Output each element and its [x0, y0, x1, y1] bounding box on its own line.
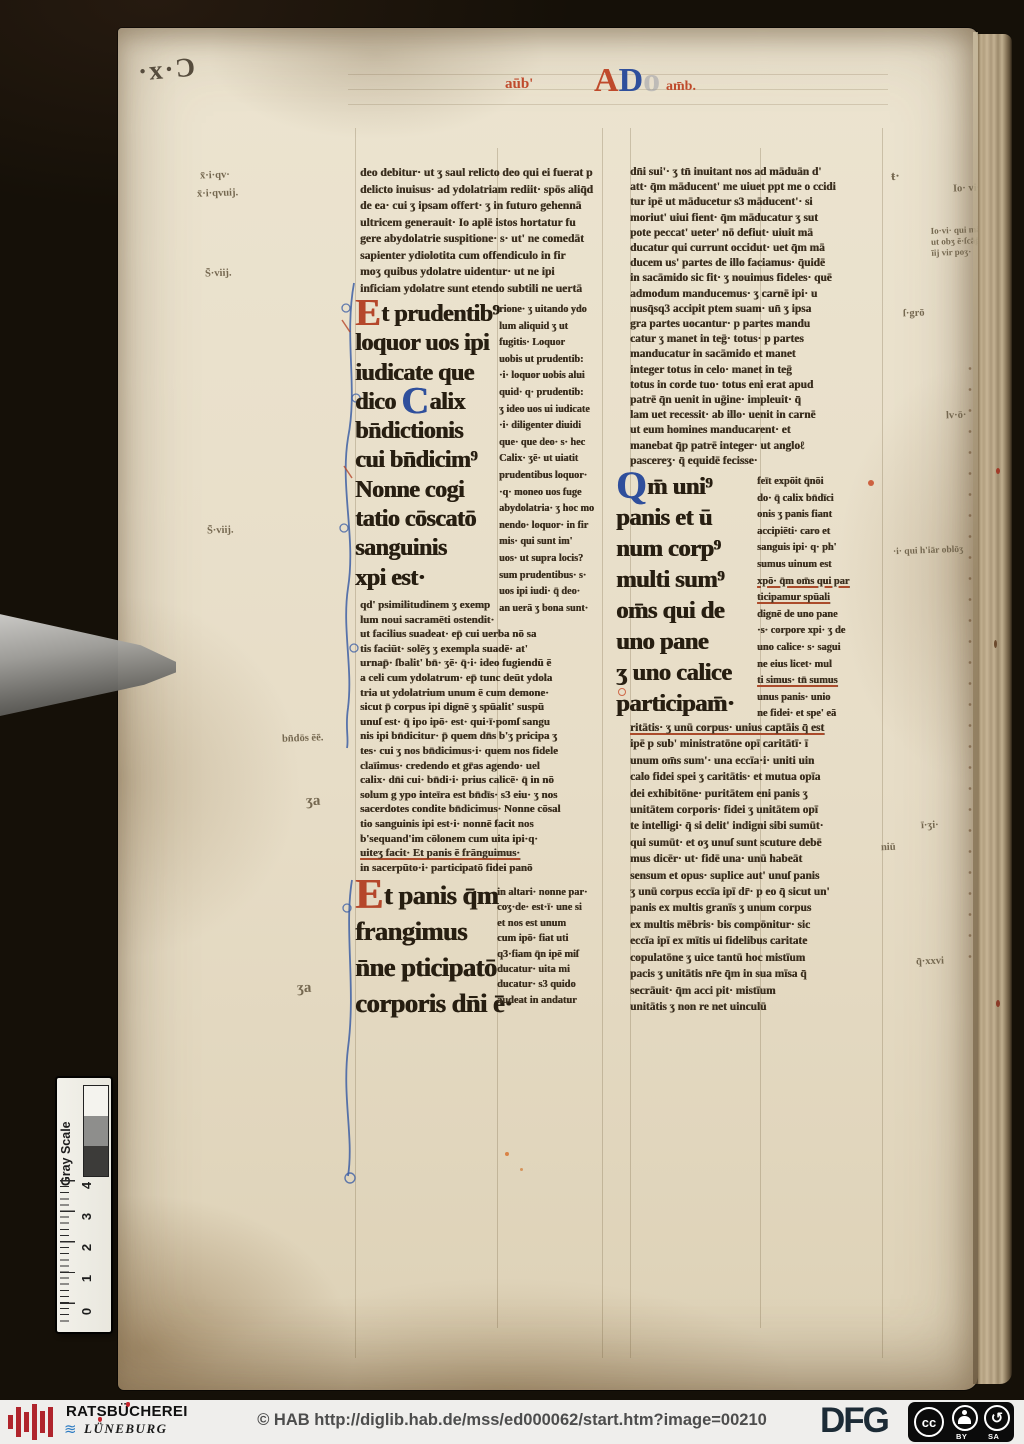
- text-line: sum prudentibus· s·: [499, 568, 594, 585]
- text-line: ticipamur spūali: [757, 590, 849, 607]
- ruler-number: 3: [79, 1213, 94, 1220]
- text-line: gra partes uocantur· p partes mandu: [630, 317, 836, 332]
- text-line: ex multis mēbris· bis compōnitur· sic: [630, 917, 830, 933]
- left-column-gloss-1: rione· ʒ uitando ydolum aliquid ʒ utfugi…: [499, 302, 594, 617]
- text-line: ducatur qui currunt occidut· uet q̄m mā: [630, 241, 836, 256]
- text-line: pacis ʒ unitātis nr̄e q̄m in sua mīsa q̄: [630, 966, 830, 982]
- umlaut-dot: [126, 1402, 130, 1407]
- text-line: copulatōne ʒ uice tantū hoc mistīum: [630, 950, 830, 966]
- text-line: loquor uos ipi: [355, 329, 499, 358]
- text-line: onis ʒ panis fiant: [757, 507, 849, 524]
- text-line: patrē q̄n uenit in uḡine· impleuit· q̄: [630, 393, 836, 408]
- text-line: tes· cui ʒ nos bn̄dicimus·i· quem nos fi…: [360, 744, 560, 759]
- text-line: ·i· diligenter diuidi: [499, 418, 594, 435]
- text-line: Nonne cogi: [355, 476, 499, 505]
- margin-note: x̄·i·qv·: [200, 169, 230, 181]
- text-line: sumus uinum est: [757, 557, 849, 574]
- rubric-dot: [618, 688, 626, 696]
- margin-note: ʒa: [306, 793, 321, 810]
- text-line: abydolatria· ʒ hoc mo: [499, 501, 594, 518]
- text-line: admodum manducemus· ʒ carnē ipi· u: [630, 287, 836, 302]
- text-line: gere abydolatrie suspitione· s· ut' ne c…: [360, 231, 593, 248]
- text-line: in altari· nonne par·: [497, 885, 587, 900]
- text-line: Et prudentib⁹: [355, 300, 499, 329]
- text-line: accipiēti· caro et: [757, 524, 849, 541]
- text-line: secrāuit· q̄m acci pit· mistīum: [630, 983, 830, 999]
- text-line: moʒ quibus ydolatre uidentur· ut ne ipi: [360, 264, 593, 281]
- book-fore-edge: [978, 34, 1012, 1384]
- text-line: Et panis q̄m: [355, 877, 512, 913]
- monogram-letter-a: A: [594, 62, 619, 99]
- text-line: dn̄i sui'· ʒ tn̄ inuitant nos ad māduān …: [630, 165, 836, 180]
- gray-patch-mid: [84, 1116, 108, 1146]
- margin-note: ŧ·: [891, 168, 900, 184]
- right-column-gloss: feīt expōit q̄nōido· q̄ calix bn̄dīcioni…: [757, 474, 849, 723]
- margin-note: S̄·viij.: [207, 525, 234, 537]
- text-line: ritātis· ʒ unū corpus· unius captāis q̄ …: [630, 720, 830, 736]
- text-line: ultricem generauit· Io aplē istos hortat…: [360, 215, 593, 232]
- next-page-mark: [996, 468, 1000, 474]
- text-line: unitātem corporis· fidei ʒ unitātem opī: [630, 802, 830, 818]
- text-line: n̄ne pticipatō: [355, 949, 512, 985]
- right-column-bottom-text: ritātis· ʒ unū corpus· unius captāis q̄ …: [630, 720, 830, 1015]
- text-line: quid· q· prudentib:: [499, 385, 594, 402]
- text-line: et nos est unum: [497, 916, 587, 931]
- text-line: cum ipō· fiat uti: [497, 931, 587, 946]
- text-line: bn̄dictionis: [355, 417, 499, 446]
- text-line: dico Calix: [355, 388, 499, 417]
- cc-sa-icon: ↺: [984, 1405, 1010, 1431]
- text-line: prudentibus loquor·: [499, 468, 594, 485]
- text-line: te intelligi· q̄ si delit' indigni sibi …: [630, 818, 830, 834]
- text-line: uobis ut prudentib:: [499, 352, 594, 369]
- text-line: uno calice· s· sagui: [757, 640, 849, 657]
- manuscript-page: ·x·Ɔ aūb' ADo am̄b. deo debitur· ut ʒ sa…: [118, 28, 978, 1390]
- text-line: cui bn̄dicim⁹: [355, 446, 499, 475]
- text-line: panis et ū: [616, 502, 734, 533]
- text-line: om̄s qui de: [616, 595, 734, 626]
- text-line: lum aliquid ʒ ut: [499, 319, 594, 336]
- text-line: catur ʒ manet in teḡ· totus· p partes: [630, 332, 836, 347]
- text-line: sapienter ydiolotita cum offendiculo in …: [360, 248, 593, 265]
- ruling-line: [882, 128, 883, 1358]
- text-line: qd' psimilitudinem ʒ exemp: [360, 598, 560, 613]
- text-line: calo fidei spei ʒ caritātis· et mutua op…: [630, 769, 830, 785]
- text-line: sanguinis: [355, 534, 499, 563]
- right-column-display-script: Qm̄ uni⁹panis et ūnum corp⁹multi sum⁹om̄…: [616, 471, 734, 719]
- credit-link[interactable]: © HAB http://diglib.hab.de/mss/ed000062/…: [257, 1411, 767, 1430]
- margin-note: ·i· qui h'iār oblōʒ: [893, 545, 964, 557]
- text-line: pote peccat' ueter' nō defiut· uiuit mā: [630, 226, 836, 241]
- cc-by-label: BY: [956, 1432, 967, 1441]
- ratsbuecherei-logo[interactable]: [8, 1403, 62, 1441]
- right-column-top-text: dn̄i sui'· ʒ tn̄ inuitant nos ad māduān …: [630, 165, 836, 469]
- text-line: claīimus· credendo et gr̄as agendo· uel: [360, 759, 560, 774]
- text-line: participam̄·: [616, 688, 734, 719]
- rubric-dot: [868, 480, 874, 486]
- illuminated-initial: E: [355, 871, 383, 918]
- text-line: mis· qui sunt im': [499, 534, 594, 551]
- gray-patch-white: [84, 1086, 108, 1116]
- text-line: sicut p̄ corpus ipi dignē ʒ spūalit' sus…: [360, 700, 560, 715]
- margin-note: ſ·grō: [903, 308, 925, 320]
- text-line: nis ipi bn̄dicitur· p̄ quem dn̄s b'ʒ pri…: [360, 729, 560, 744]
- text-line: uos· ut supra locis?: [499, 551, 594, 568]
- cc-by-icon: [952, 1405, 978, 1431]
- next-page-mark: [996, 1000, 1000, 1007]
- wave-icon: ≋: [64, 1420, 77, 1438]
- text-line: sacerdotes condite bn̄dicimus· Nonne cōs…: [360, 802, 560, 817]
- grayscale-ruler: Gray Scale 4 3 2 1 0: [57, 1078, 111, 1332]
- prick-holes: [968, 358, 972, 958]
- folio-corner-mark: ·x·Ɔ: [137, 51, 198, 87]
- text-line: panis ex multis granīs ʒ unum corpus: [630, 900, 830, 916]
- text-line: sensum et opus· suplice aut' unuſ panis: [630, 868, 830, 884]
- text-line: moriut' uiui fient· q̄m māducatur ʒ sut: [630, 211, 836, 226]
- margin-note: S̄·viij.: [205, 268, 232, 280]
- margin-note: q̄·xxvi: [916, 956, 944, 968]
- text-line: ʒ unū corpus eccīa ipī dr̄· p eo q̄ sicu…: [630, 884, 830, 900]
- text-line: solum g ypo inteīra est bn̄dīs· s3 eiu· …: [360, 788, 560, 803]
- text-line: q3·fiam q̄n ipē miſ: [497, 947, 587, 962]
- text-line: ut eum homines manducarent· et: [630, 423, 836, 438]
- text-line: dignē de uno pane: [757, 607, 849, 624]
- ruler-number: 1: [79, 1275, 94, 1282]
- text-line: att· q̄m māducent' me uiuet ppt me o cci…: [630, 180, 836, 195]
- text-line: unitātis ʒ non re net uinculū: [630, 999, 830, 1015]
- text-line: ti simus· tn̄ sumus: [757, 673, 849, 690]
- text-line: qui sumūt· et oʒ unuſ sunt scuture debē: [630, 835, 830, 851]
- text-line: num corp⁹: [616, 533, 734, 564]
- text-line: uno pane: [616, 626, 734, 657]
- text-line: tio sanguinis ipi est·i· nonnē facit nos: [360, 817, 560, 832]
- text-line: dei exhibitōne· puritātem eni panis ʒ: [630, 786, 830, 802]
- text-line: audeat in andatur: [497, 993, 587, 1008]
- text-line: rione· ʒ uitando ydo: [499, 302, 594, 319]
- cc-sa-label: SA: [988, 1432, 999, 1441]
- person-icon-body: [958, 1416, 971, 1424]
- text-line: b'sequand'im cōlonem cum uita ipi·q·: [360, 832, 560, 847]
- library-city: LÜNEBURG: [84, 1421, 168, 1437]
- running-header-monogram: ADo: [594, 62, 660, 100]
- text-line: coʒ·de· est·ī· une si: [497, 900, 587, 915]
- text-line: ne eius licet· mul: [757, 657, 849, 674]
- text-line: ipē p sub' ministratōne opī caritātī· ī: [630, 736, 830, 752]
- text-line: tis faciūt· solēʒ ʒ exempla suadē· at': [360, 642, 560, 657]
- text-line: nendo· loquor· in fir: [499, 518, 594, 535]
- ink-speck: [505, 1152, 509, 1156]
- illuminated-initial: C: [401, 380, 428, 422]
- cc-icon: cc: [914, 1407, 944, 1437]
- text-line: de ea· cui ʒ ipsam offert· ʒ in futuro g…: [360, 198, 593, 215]
- margin-note: niū: [881, 842, 896, 854]
- ruler-number: 4: [79, 1182, 94, 1189]
- text-line: unuſ est· q̄ ipo ipō· est· qui·ī·pomſ sa…: [360, 715, 560, 730]
- margin-note: ī·ʒi·: [921, 820, 939, 832]
- text-line: xpi est·: [355, 564, 499, 593]
- running-header-left: aūb': [505, 76, 533, 93]
- text-line: urnap̄· ſbalit' bn̄· ʒē· q̄·i· ideo fugi…: [360, 656, 560, 671]
- text-line: integer totus in celo· manet in teḡ: [630, 363, 836, 378]
- text-line: a celi cum ydolatrum· ep̄ tunc deūt ydol…: [360, 671, 560, 686]
- text-line: calix· dn̄i cui· bn̄di·i· prius calicē· …: [360, 773, 560, 788]
- next-page-mark: [994, 640, 997, 648]
- ruler-number: 2: [79, 1244, 94, 1251]
- ink-speck: [520, 1168, 523, 1171]
- grayscale-patches: [83, 1085, 109, 1177]
- text-line: ducatur· uita mi: [497, 962, 587, 977]
- monogram-ghost: o: [643, 62, 660, 99]
- text-line: in sacerpūto·i· participatō fidei panō: [360, 861, 560, 876]
- text-line: manebat q̄p patrē integer· ut angloℓ: [630, 439, 836, 454]
- left-column-gloss-2: in altari· nonne par·coʒ·de· est·ī· une …: [497, 885, 587, 1008]
- text-line: tur ipē ut māducetur s3 māducent'· si: [630, 195, 836, 210]
- text-line: unus panis· unio: [757, 690, 849, 707]
- text-line: ·s· corpore xpi· ʒ de: [757, 623, 849, 640]
- margin-note: bn̄dōs ēē.: [282, 732, 324, 744]
- text-line: ducatur· s3 quido: [497, 977, 587, 992]
- text-line: corporis dn̄i ē·: [355, 985, 512, 1021]
- illuminated-initial: Q: [616, 464, 646, 507]
- left-column-mid-text: qd' psimilitudinem ʒ exemplum noui sacra…: [360, 598, 560, 875]
- left-column-top-text: deo debitur· ut ʒ saul relicto deo qui e…: [360, 165, 593, 297]
- text-line: fugitis· Loquor: [499, 335, 594, 352]
- monogram-letter-d: D: [619, 62, 644, 99]
- text-line: pascereʒ· q̄ equidē fecisse·: [630, 454, 836, 469]
- text-line: totus in corde tuo· totus eni erat apud: [630, 378, 836, 393]
- umlaut-dot: [98, 1417, 102, 1422]
- gray-patch-dark: [84, 1146, 108, 1176]
- text-line: multi sum⁹: [616, 564, 734, 595]
- text-line: sanguis ipi· q· ph': [757, 540, 849, 557]
- text-line: unum om̄s sum'· una eccīa·i· uniti uin: [630, 753, 830, 769]
- text-line: do· q̄ calix bn̄dīci: [757, 491, 849, 508]
- text-line: ʒ uno calice: [616, 657, 734, 688]
- text-line: ducem us' partes de illo faciamus· q̄uid…: [630, 256, 836, 271]
- left-column-display-script-2: Et panis q̄mfrangimusn̄ne pticipatōcorpo…: [355, 877, 512, 1021]
- margin-note: ʒa: [297, 980, 312, 997]
- text-line: tria ut ydolatrium unum ē cum demone·: [360, 686, 560, 701]
- left-column-display-script-1: Et prudentib⁹loquor uos ipiiudicate qued…: [355, 300, 499, 593]
- text-line: Qm̄ uni⁹: [616, 471, 734, 502]
- text-line: inficiam ydolatre sunt etendo subtili ne…: [360, 281, 593, 298]
- running-header-right: am̄b.: [666, 79, 696, 95]
- text-line: frangimus: [355, 913, 512, 949]
- ruling-line: [602, 128, 603, 1358]
- ruler-ticks-major: [60, 1180, 75, 1326]
- text-line: Calix· ʒē· ut uiatit: [499, 451, 594, 468]
- dfg-logo[interactable]: DFG: [820, 1401, 888, 1441]
- text-line: mus dicēr· ut· fidē una· unū habeāt: [630, 851, 830, 867]
- person-icon: [962, 1410, 967, 1415]
- text-line: ut facilius suadeat· ep̄ cui uerba nō sa: [360, 627, 560, 642]
- text-line: eccīa ipī ex mītis ui fidelibus caritate: [630, 933, 830, 949]
- text-line: ·q· moneo uos fuge: [499, 485, 594, 502]
- cc-license-badge[interactable]: cc ↺ BY SA: [908, 1402, 1014, 1442]
- text-line: deo debitur· ut ʒ saul relicto deo qui e…: [360, 165, 593, 182]
- text-line: delicto inuisus· ad ydolatriam rediit· s…: [360, 182, 593, 199]
- text-line: lum noui sacramēti ostendit·: [360, 613, 560, 628]
- text-line: feīt expōit q̄nōi: [757, 474, 849, 491]
- text-line: in sacāmido sic fit· ʒ nouimus fideles· …: [630, 271, 836, 286]
- text-line: xpō· q̄m om̄s qui par: [757, 574, 849, 591]
- text-line: ʒ ideo uos ui iudicate: [499, 402, 594, 419]
- margin-note: lv·ō·: [946, 410, 967, 422]
- text-line: lam uet recessit· ab illo· uenit in carn…: [630, 408, 836, 423]
- photo-stage: ·x·Ɔ aūb' ADo am̄b. deo debitur· ut ʒ sa…: [0, 0, 1024, 1444]
- illuminated-initial: E: [355, 292, 380, 334]
- margin-note: x̄·i·qvuij.: [197, 187, 238, 199]
- ruling-line: [348, 104, 888, 105]
- text-line: manducatur in sacāmido et manet: [630, 347, 836, 362]
- text-line: ·i· loquor uobis alui: [499, 368, 594, 385]
- footer-bar: RATSBÜCHEREI ≋ LÜNEBURG © HAB http://dig…: [0, 1400, 1024, 1444]
- text-line: uiteʒ facit· Et panis ē frānguimus·: [360, 846, 560, 861]
- text-line: nusq̄sq3 accipit ptem suam· un̄ ʒ ipsa: [630, 302, 836, 317]
- text-line: tatio cōscatō: [355, 505, 499, 534]
- ruler-number: 0: [79, 1308, 94, 1315]
- text-line: que· que deo· s· hec: [499, 435, 594, 452]
